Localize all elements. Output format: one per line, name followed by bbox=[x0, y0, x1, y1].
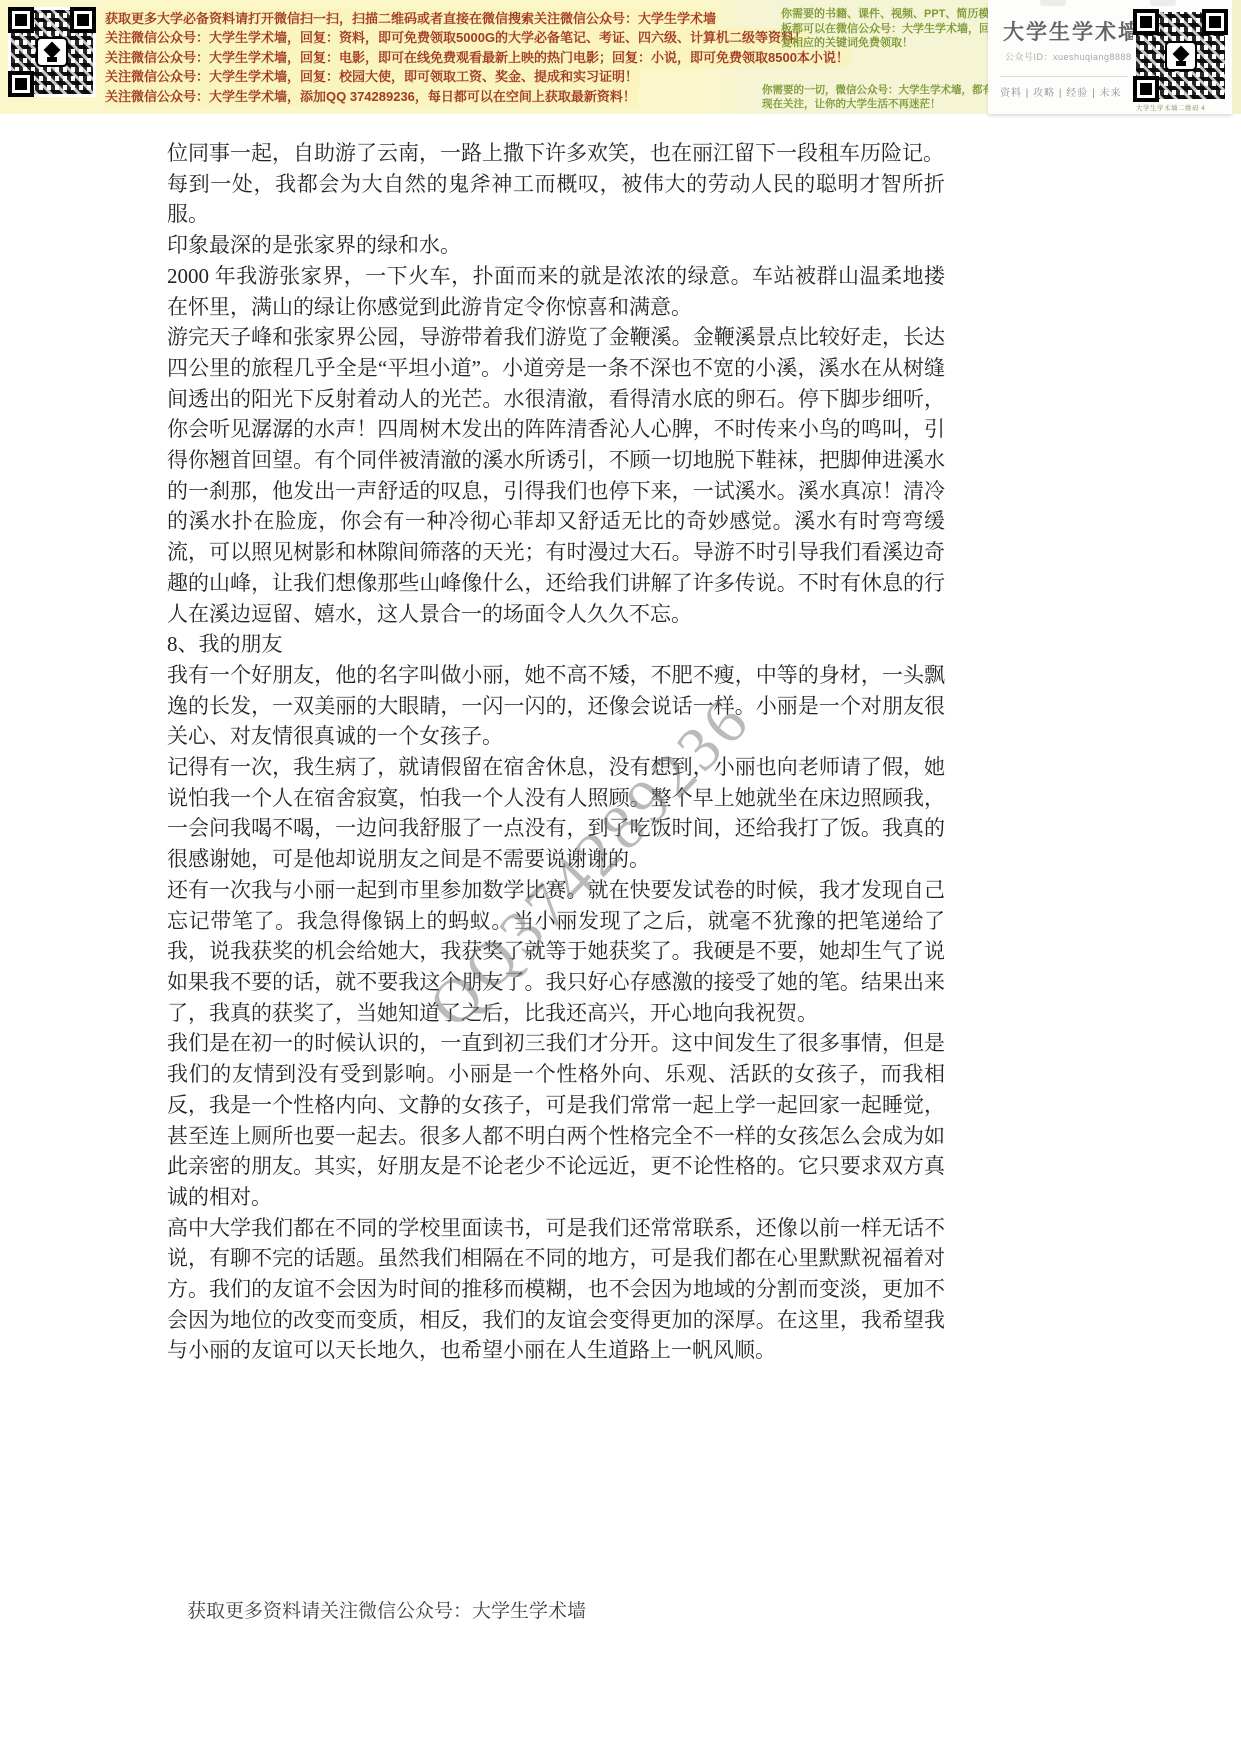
promo-lines: 获取更多大学必备资料请打开微信扫一扫，扫描二维码或者直接在微信搜索关注微信公众号… bbox=[103, 9, 823, 106]
essay-paragraph: 每到一处，我都会为大自然的鬼斧神工而概叹，被伟大的劳动人民的聪明才智所折服。 bbox=[167, 169, 945, 230]
promo-header: 获取更多大学必备资料请打开微信扫一扫，扫描二维码或者直接在微信搜索关注微信公众号… bbox=[0, 0, 1241, 114]
cap-base bbox=[1176, 61, 1186, 66]
essay-paragraph: 印象最深的是张家界的绿和水。 bbox=[167, 230, 945, 261]
promo-line: 关注微信公众号：大学生学术墙，回复：电影，即可在线免费观看最新上映的热门电影；回… bbox=[103, 48, 851, 67]
qr-code-left bbox=[8, 7, 96, 97]
cap-base bbox=[47, 57, 57, 62]
tab-notch bbox=[1150, 0, 1176, 6]
cap-diamond bbox=[44, 42, 61, 59]
brand-account-id: 公众号ID：xueshuqiang8888 bbox=[1005, 50, 1132, 63]
promo-line: 获取更多大学必备资料请打开微信扫一扫，扫描二维码或者直接在微信搜索关注微信公众号… bbox=[103, 9, 718, 28]
essay-paragraph: 记得有一次，我生病了，就请假留在宿舍休息，没有想到，小丽也向老师请了假，她说怕我… bbox=[167, 752, 945, 875]
qr-finder-icon bbox=[8, 7, 34, 33]
edge-sliver bbox=[1232, 0, 1241, 114]
essay-paragraph: 我们是在初一的时候认识的，一直到初三我们才分开。这中间发生了很多事情，但是我们的… bbox=[167, 1028, 945, 1212]
divider bbox=[1000, 76, 1128, 77]
essay-paragraph: 高中大学我们都在不同的学校里面读书，可是我们还常常联系，还像以前一样无话不说，有… bbox=[167, 1213, 945, 1367]
essay-paragraph: 还有一次我与小丽一起到市里参加数学比赛。就在快要发试卷的时候，我才发现自己忘记带… bbox=[167, 875, 945, 1029]
brand-tags: 资料 | 攻略 | 经验 | 未来 bbox=[1000, 84, 1121, 99]
qr-finder-icon bbox=[1133, 9, 1159, 35]
brand-card: 大学生学术墙 公众号ID：xueshuqiang8888 资料 | 攻略 | 经… bbox=[988, 0, 1232, 114]
promo-line: 关注微信公众号：大学生学术墙，添加QQ 374289236，每日都可以在空间上获… bbox=[103, 87, 638, 106]
qr-caption: 大学生学术墙二维码 4 bbox=[1136, 103, 1228, 112]
graduation-cap-icon bbox=[1165, 41, 1197, 71]
essay-paragraph: 2000 年我游张家界，一下火车，扑面而来的就是浓浓的绿意。车站被群山温柔地搂在… bbox=[167, 261, 945, 322]
footer-note: 获取更多资料请关注微信公众号：大学生学术墙 bbox=[187, 1596, 586, 1623]
green-note-top: 你需要的书籍、课件、视频、PPT、简历模板都可以在微信公众号：大学生学术墙，回复… bbox=[781, 7, 997, 51]
qr-finder-icon bbox=[70, 7, 96, 33]
essay-paragraph: 我有一个好朋友，他的名字叫做小丽，她不高不矮，不肥不瘦，中等的身材，一头飘逸的长… bbox=[167, 660, 945, 752]
promo-line: 关注微信公众号：大学生学术墙，回复：资料，即可免费领取5000G的大学必备笔记、… bbox=[103, 28, 809, 47]
essay-paragraph: 8、我的朋友 bbox=[167, 629, 945, 660]
qr-code-right bbox=[1133, 9, 1228, 102]
essay-body: 位同事一起，自助游了云南，一路上撒下许多欢笑，也在丽江留下一段租车历险记。 每到… bbox=[167, 138, 945, 1366]
essay-paragraph: 游完天子峰和张家界公园，导游带着我们游览了金鞭溪。金鞭溪景点比较好走，长达四公里… bbox=[167, 322, 945, 629]
tab-notch bbox=[1040, 0, 1066, 6]
essay-paragraph: 位同事一起，自助游了云南，一路上撒下许多欢笑，也在丽江留下一段租车历险记。 bbox=[167, 138, 945, 169]
brand-title: 大学生学术墙 bbox=[1003, 16, 1141, 46]
qr-finder-icon bbox=[1133, 76, 1159, 102]
promo-line: 关注微信公众号：大学生学术墙，回复：校园大使，即可领取工资、奖金、提成和实习证明… bbox=[103, 67, 640, 86]
qr-finder-icon bbox=[8, 71, 34, 97]
qr-finder-icon bbox=[1202, 9, 1228, 35]
cap-diamond bbox=[1172, 45, 1189, 62]
green-note-bottom: 你需要的一切，微信公众号：大学生学术墙，都有！现在关注，让你的大学生活不再迷茫！ bbox=[762, 84, 1010, 111]
graduation-cap-icon bbox=[36, 37, 68, 67]
document-page: { "header": { "promo_lines": [ "获取更多大学必备… bbox=[0, 0, 1241, 1754]
